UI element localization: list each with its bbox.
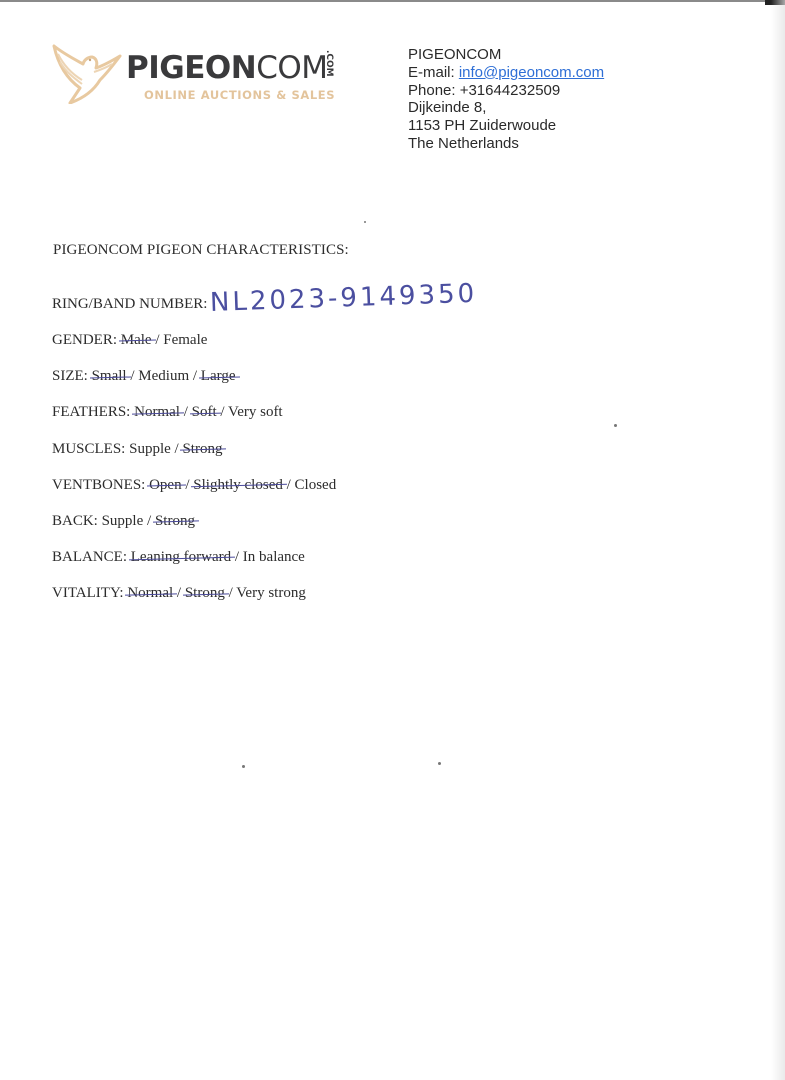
option-struck: Slightly closed	[193, 477, 283, 493]
option-struck: Large	[201, 368, 236, 384]
characteristic-row: VITALITY: Normal / Strong / Very strong	[52, 585, 306, 602]
dove-icon	[50, 42, 122, 104]
logo-tagline: ONLINE AUCTIONS & SALES	[144, 88, 335, 102]
scan-speck	[438, 762, 441, 765]
characteristic-label: BALANCE:	[52, 549, 131, 565]
characteristic-label: SIZE:	[52, 368, 92, 384]
contact-address-line1: Dijkeinde 8,	[408, 99, 604, 117]
characteristic-label: GENDER:	[52, 332, 121, 348]
scanned-page: PIGEONCOM .COM ONLINE AUCTIONS & SALES P…	[0, 0, 785, 1080]
option-struck: Normal	[127, 585, 173, 601]
option-selected: In balance	[243, 549, 305, 565]
ring-number-label: RING/BAND NUMBER:	[52, 296, 207, 313]
logo-dotcom: .COM	[324, 50, 334, 77]
characteristic-row: MUSCLES: Supple / Strong	[52, 441, 222, 458]
characteristic-label: BACK:	[52, 513, 102, 529]
contact-block: PIGEONCOM E-mail: info@pigeoncom.com Pho…	[408, 46, 604, 153]
scan-right-shadow	[771, 0, 785, 1080]
email-link[interactable]: info@pigeoncom.com	[459, 64, 604, 81]
option-selected: Supple	[102, 513, 144, 529]
scan-speck	[364, 221, 366, 223]
scan-speck	[242, 765, 245, 768]
option-selected: Closed	[295, 477, 337, 493]
option-struck: Strong	[185, 585, 225, 601]
option-selected: Female	[163, 332, 207, 348]
option-struck: Strong	[182, 441, 222, 457]
characteristic-row: FEATHERS: Normal / Soft / Very soft	[52, 404, 283, 421]
option-struck: Leaning forward	[131, 549, 231, 565]
ring-number-handwritten: NL2023-9149350	[209, 279, 477, 318]
contact-country: The Netherlands	[408, 135, 604, 153]
logo-wordmark: PIGEONCOM	[126, 50, 327, 86]
contact-address-line2: 1153 PH Zuiderwoude	[408, 117, 604, 135]
option-struck: Normal	[134, 404, 180, 420]
option-struck: Strong	[155, 513, 195, 529]
scan-speck	[614, 424, 617, 427]
option-struck: Soft	[192, 404, 217, 420]
characteristic-row: GENDER: Male / Female	[52, 332, 207, 349]
option-struck: Small	[92, 368, 127, 384]
characteristic-label: FEATHERS:	[52, 404, 134, 420]
contact-email-line: E-mail: info@pigeoncom.com	[408, 64, 604, 82]
option-separator: /	[189, 368, 201, 384]
scan-top-edge	[0, 0, 765, 2]
option-selected: Supple	[129, 441, 171, 457]
characteristic-label: VITALITY:	[52, 585, 127, 601]
characteristic-row: BALANCE: Leaning forward / In balance	[52, 549, 305, 566]
option-struck: Male	[121, 332, 152, 348]
contact-name: PIGEONCOM	[408, 46, 604, 64]
option-selected: Medium	[138, 368, 189, 384]
characteristic-row: SIZE: Small / Medium / Large	[52, 368, 236, 385]
option-struck: Open	[149, 477, 182, 493]
contact-phone: Phone: +31644232509	[408, 82, 604, 100]
characteristic-label: MUSCLES:	[52, 441, 129, 457]
page-heading: PIGEONCOM PIGEON CHARACTERISTICS:	[53, 242, 349, 259]
characteristic-label: VENTBONES:	[52, 477, 149, 493]
pigeoncom-logo: PIGEONCOM .COM ONLINE AUCTIONS & SALES	[50, 42, 350, 106]
characteristic-row: BACK: Supple / Strong	[52, 513, 195, 530]
option-selected: Very strong	[236, 585, 306, 601]
characteristic-row: VENTBONES: Open / Slightly closed / Clos…	[52, 477, 336, 494]
option-selected: Very soft	[228, 404, 283, 420]
